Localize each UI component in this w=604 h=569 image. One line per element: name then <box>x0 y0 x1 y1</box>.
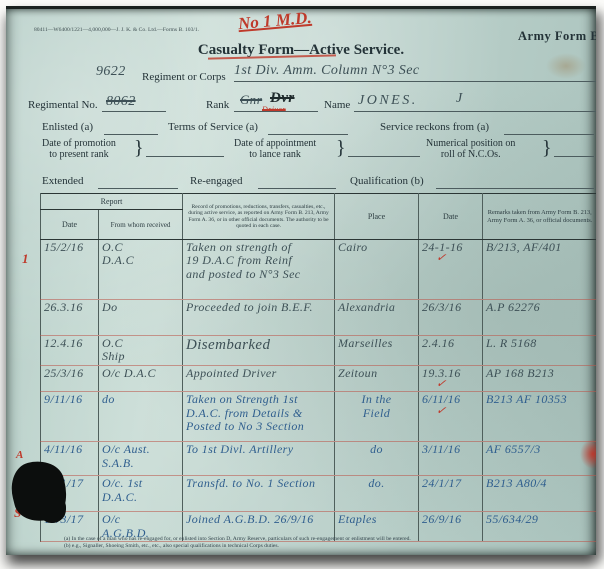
enlisted-label: Enlisted (a) <box>42 121 93 133</box>
appointment-brace: } <box>336 137 346 160</box>
red-check-icon: ✓ <box>436 378 480 392</box>
numerical-rule <box>554 155 594 157</box>
terms-of-service-label: Terms of Service (a) <box>168 121 258 133</box>
cell-from-whom: O.C Ship <box>99 336 183 366</box>
cell-place: do <box>335 442 419 476</box>
red-check-icon: ✓ <box>436 405 480 419</box>
cell-date: 15/2/16 <box>41 240 99 300</box>
header-date-2: Date <box>419 194 483 240</box>
cell-record: Transfd. to No. 1 Section <box>183 476 335 512</box>
cell-remarks: B213 AF 10353 <box>483 392 597 442</box>
cell-record: Proceeded to join B.E.F. <box>183 300 335 336</box>
rank-struck-value-1: Gnr <box>240 92 262 108</box>
cell-place: Alexandria <box>335 300 419 336</box>
reengaged-label: Re-engaged <box>190 175 243 187</box>
cell-record: Disembarked <box>183 336 335 366</box>
cell-remarks: AP 168 B213 <box>483 365 597 391</box>
table-row: 9/11/16 do Taken on Strength 1st D.A.C. … <box>41 392 597 442</box>
header-date: Date <box>41 210 99 240</box>
promotion-label: Date of promotion to present rank <box>42 139 116 160</box>
cell-date2: 24-1-16✓ <box>419 240 483 300</box>
reengaged-rule <box>258 187 336 189</box>
table-row: 26.3.16 Do Proceeded to join B.E.F. Alex… <box>41 300 597 336</box>
cell-place: do. <box>335 476 419 512</box>
header-report: Report <box>41 194 183 210</box>
table-row: 26/1/17 O/c. 1st D.A.C. Transfd. to No. … <box>41 476 597 512</box>
cell-record: Appointed Driver <box>183 365 335 391</box>
cell-date2: 6/11/16✓ <box>419 392 483 442</box>
name-initial-handwriting: J <box>456 91 463 107</box>
cell-from-whom: O.C D.A.C <box>99 240 183 300</box>
terms-rule <box>268 133 348 135</box>
cell-from-whom: O/c Aust. S.A.B. <box>99 442 183 476</box>
footnotes: (a) In the case of a man who has re-enga… <box>64 536 588 549</box>
name-value-handwriting: JONES. <box>358 93 418 109</box>
cell-date2: 19.3.16✓ <box>419 365 483 391</box>
cell-from-whom: O/c. 1st D.A.C. <box>99 476 183 512</box>
table-body: 15/2/16 O.C D.A.C Taken on strength of 1… <box>41 240 597 542</box>
cell-remarks: B213 A80/4 <box>483 476 597 512</box>
scanned-form-paper: 80411—W6400/1221—4,000,000—J. J. K. & Co… <box>6 6 596 555</box>
cell-date: 26.3.16 <box>41 300 99 336</box>
cell-date: 25/3/16 <box>41 365 99 391</box>
extended-label: Extended <box>42 175 84 187</box>
service-number-handwriting: 9622 <box>96 64 126 80</box>
cell-date2: 3/11/16 <box>419 442 483 476</box>
service-reckons-rule <box>504 133 594 135</box>
cell-place: Marseilles <box>335 336 419 366</box>
numerical-position-label: Numerical position on roll of N.C.Os. <box>426 139 515 160</box>
cell-date2: 24/1/17 <box>419 476 483 512</box>
cell-remarks: A.P 62276 <box>483 300 597 336</box>
red-wax-stain <box>580 439 596 469</box>
table-row: 4/11/16 O/c Aust. S.A.B. To 1st Divl. Ar… <box>41 442 597 476</box>
regimental-no-rule <box>102 110 166 112</box>
cell-record: Taken on Strength 1st D.A.C. from Detail… <box>183 392 335 442</box>
regiment-value-handwriting: 1st Div. Amm. Column N°3 Sec <box>234 63 596 82</box>
name-rule <box>354 110 596 112</box>
printer-imprint: 80411—W6400/1221—4,000,000—J. J. K. & Co… <box>34 27 199 33</box>
header-place: Place <box>335 194 419 240</box>
cell-date: 9/11/16 <box>41 392 99 442</box>
enlisted-rule <box>104 133 158 135</box>
appointment-rule <box>348 155 420 157</box>
name-label: Name <box>324 99 350 111</box>
cell-from-whom: do <box>99 392 183 442</box>
cell-place: In the Field <box>335 392 419 442</box>
cell-date: 12.4.16 <box>41 336 99 366</box>
cell-remarks: AF 6557/3 <box>483 442 597 476</box>
cell-record: To 1st Divl. Artillery <box>183 442 335 476</box>
header-remarks: Remarks taken from Army Form B. 213, Arm… <box>483 194 597 240</box>
cell-from-whom: Do <box>99 300 183 336</box>
table-row: 25/3/16 O/c D.A.C Appointed Driver Zeito… <box>41 365 597 391</box>
table-row: 15/2/16 O.C D.A.C Taken on strength of 1… <box>41 240 597 300</box>
cell-date2: 2.4.16 <box>419 336 483 366</box>
cell-record: Taken on strength of 19 D.A.C from Reinf… <box>183 240 335 300</box>
regiment-label: Regiment or Corps <box>142 71 226 83</box>
appointment-label: Date of appointment to lance rank <box>234 139 316 160</box>
red-annotation-handwriting: No 1 M.D. <box>237 8 312 34</box>
service-reckons-label: Service reckons from (a) <box>380 121 489 133</box>
promotion-rule <box>146 155 224 157</box>
cell-place: Zeitoun <box>335 365 419 391</box>
cell-remarks: B/213, AF/401 <box>483 240 597 300</box>
cell-place: Cairo <box>335 240 419 300</box>
promotion-brace: } <box>134 137 144 160</box>
red-check-icon: ✓ <box>436 252 480 266</box>
margin-mark-2: A <box>16 449 24 461</box>
rank-label: Rank <box>206 99 229 111</box>
extended-rule <box>98 187 178 189</box>
cell-remarks: L. R 5168 <box>483 336 597 366</box>
cell-date2: 26/3/16 <box>419 300 483 336</box>
header-record: Record of promotions, reductions, transf… <box>183 194 335 240</box>
qualification-rule <box>436 187 594 189</box>
regimental-no-struck-value: 8062 <box>106 94 136 110</box>
casualty-record-table: Report Record of promotions, reductions,… <box>40 193 596 542</box>
qualification-label: Qualification (b) <box>350 175 424 187</box>
numerical-brace: } <box>542 137 552 160</box>
table-row: 12.4.16 O.C Ship Disembarked Marseilles … <box>41 336 597 366</box>
rank-rule <box>234 110 318 112</box>
regimental-no-label: Regimental No. <box>28 99 98 111</box>
margin-mark-1: 1 <box>22 251 29 267</box>
paper-smudge <box>546 53 586 79</box>
header-from-whom: From whom received <box>99 210 183 240</box>
cell-from-whom: O/c D.A.C <box>99 365 183 391</box>
